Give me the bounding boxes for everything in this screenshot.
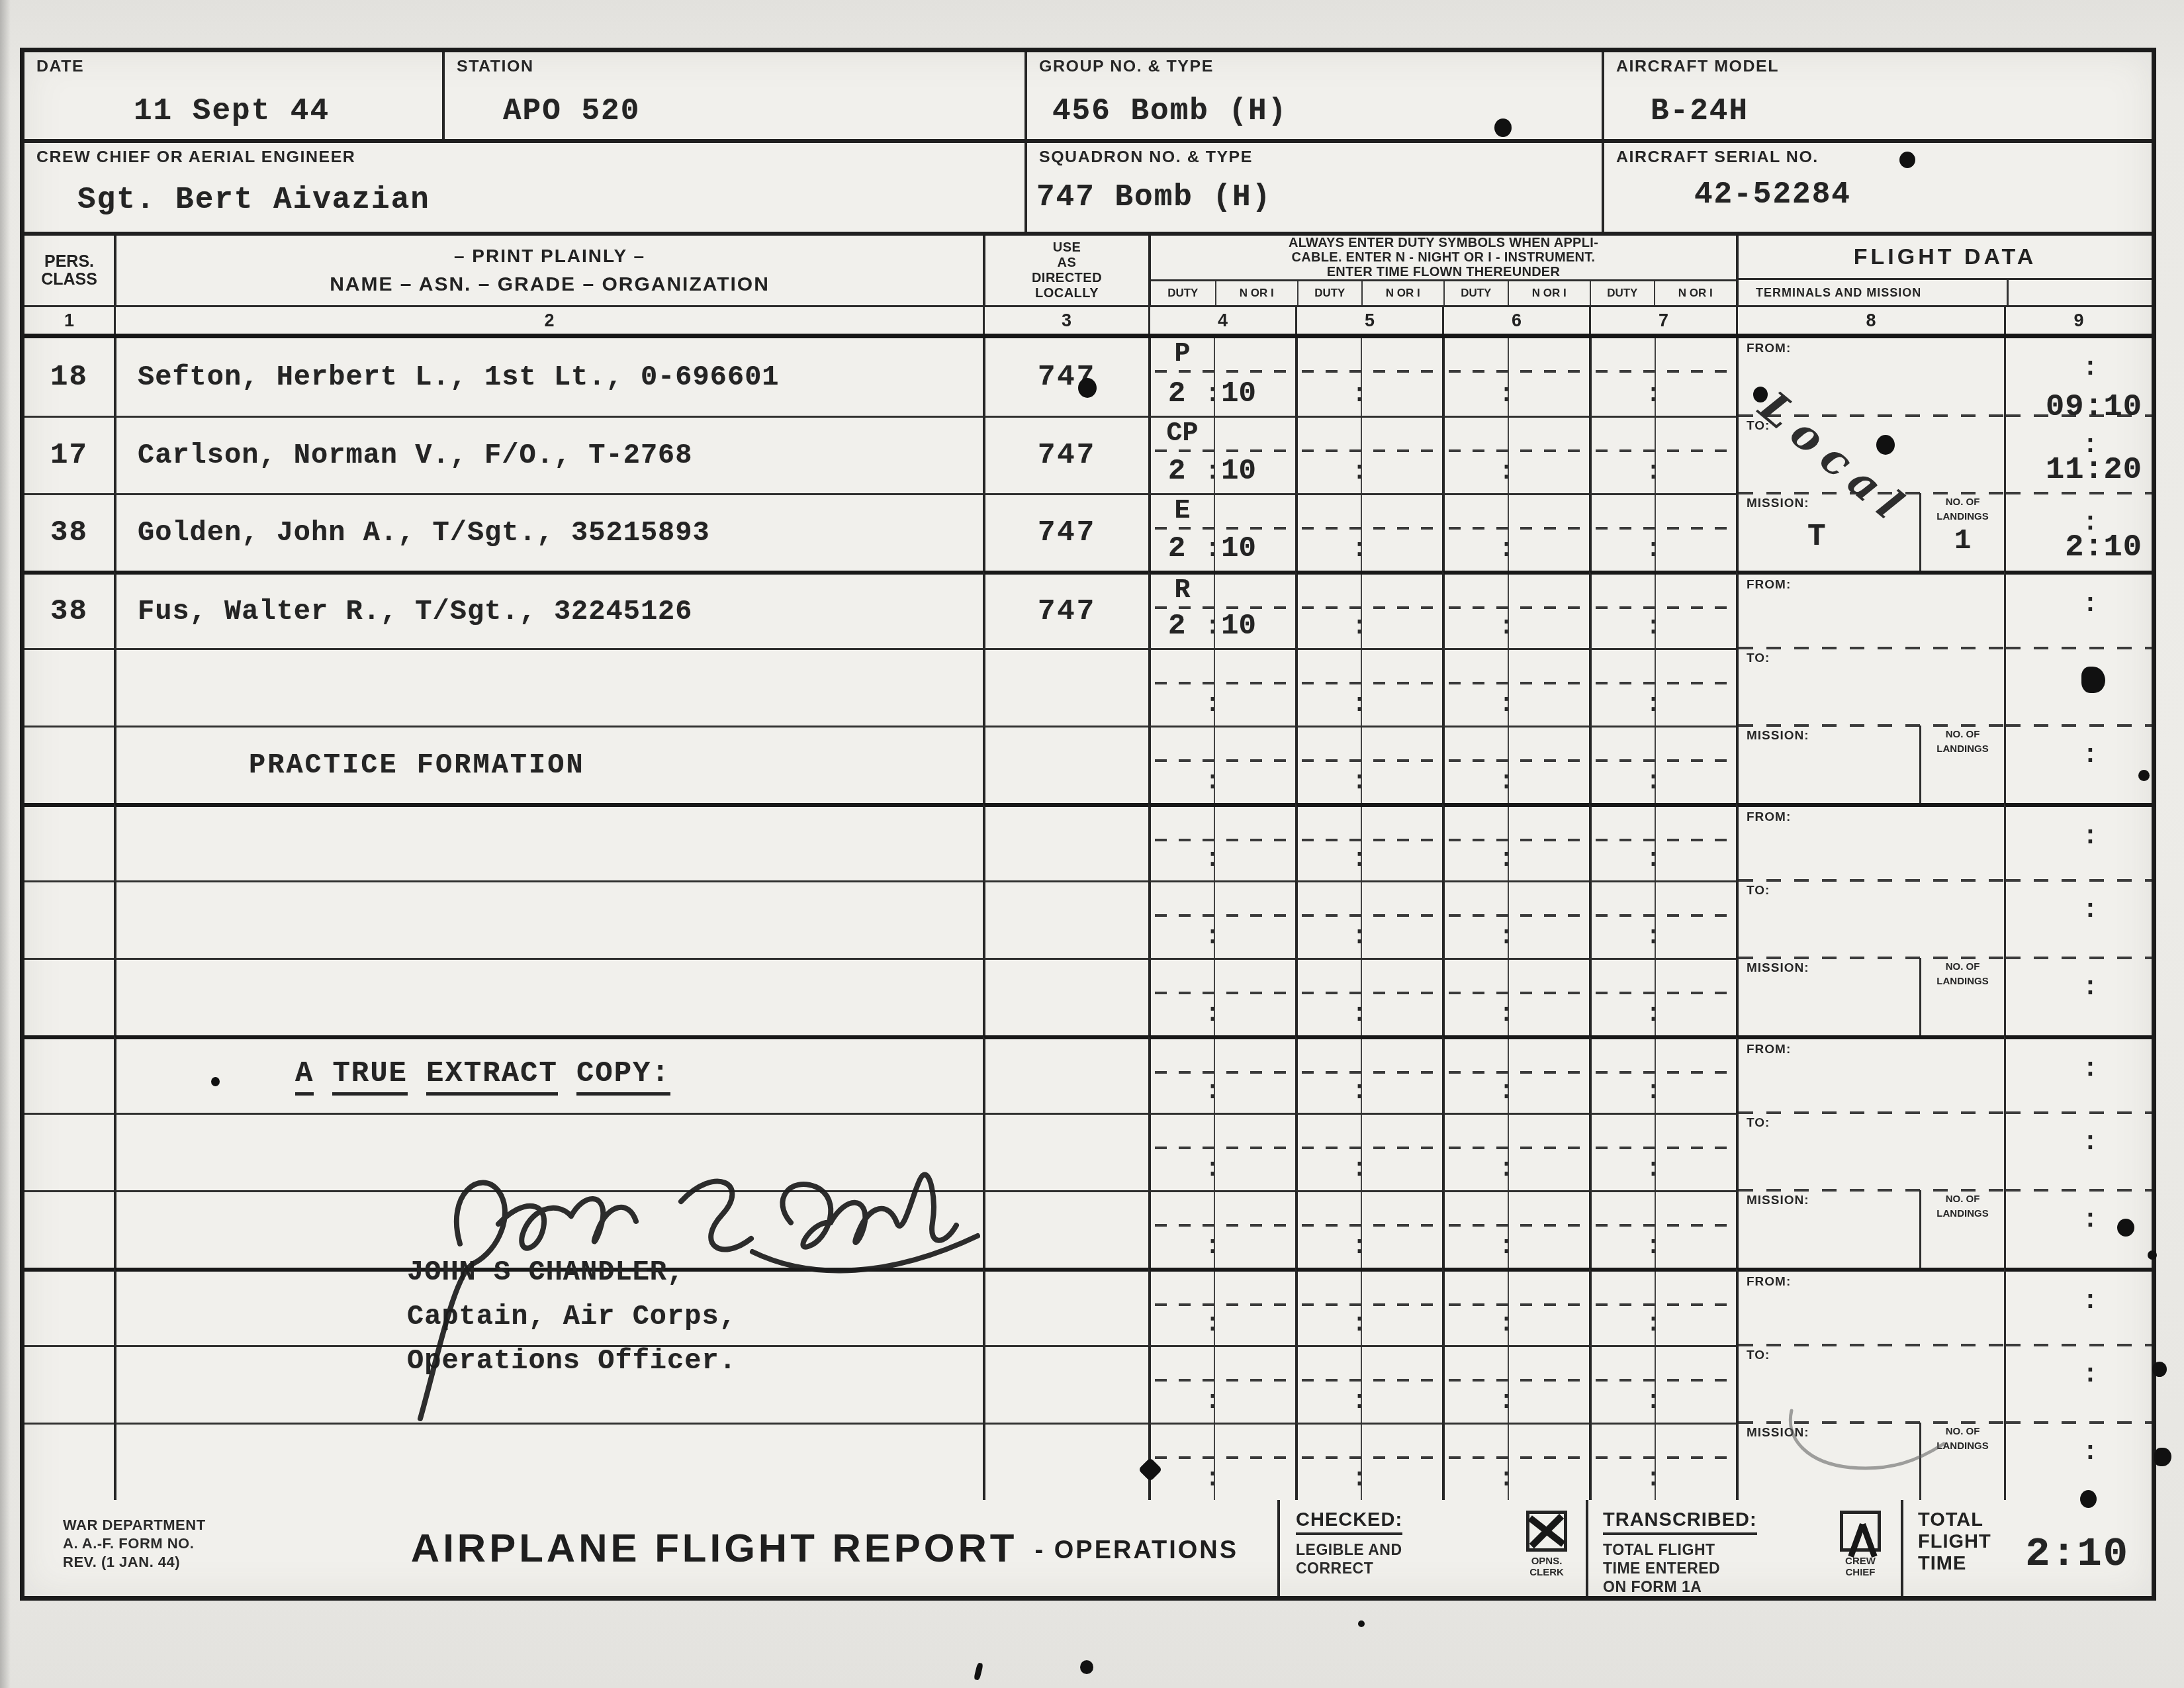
duty-symbol: E — [1151, 496, 1214, 526]
landings-label: LANDINGS — [1921, 1205, 2004, 1219]
ink-speck — [2138, 770, 2150, 781]
use-as-directed-cell — [983, 803, 1148, 880]
flight-time-cell: : — [2004, 648, 2152, 726]
flight-data-header: FLIGHT DATA TERMINALS AND MISSION — [1736, 236, 2152, 305]
duty-cell: : — [1295, 1113, 1442, 1190]
duty-time-dash — [1449, 527, 1585, 530]
pers-class-cell: 38 — [24, 493, 114, 571]
duty-cell: : — [1589, 726, 1736, 803]
duty-cell: : — [1295, 648, 1442, 726]
duty-cell: :R210 — [1148, 571, 1295, 648]
terminals-cell: MISSION:NO. OFLANDINGS — [1736, 726, 2004, 803]
pers-class-cell — [24, 726, 114, 803]
pers-class-cell — [24, 1035, 114, 1113]
time-colon: : — [1352, 1465, 1367, 1493]
flight-time-cell: : — [2004, 1113, 2152, 1190]
time-hours: 2 — [1168, 377, 1185, 410]
duty-time-dash — [1449, 370, 1585, 373]
terminal-label: MISSION: — [1747, 1194, 1809, 1208]
landings-label: NO. OF — [1921, 1190, 2004, 1205]
printed-colon: : — [2083, 741, 2098, 770]
duty-time-dash — [1596, 1456, 1732, 1459]
time-colon: : — [1205, 1233, 1220, 1261]
time-colon: : — [1499, 690, 1514, 719]
duty-time-dash — [1449, 992, 1585, 994]
ink-speck — [2152, 1362, 2167, 1377]
time-colon: : — [1646, 1465, 1661, 1493]
time-colon: : — [1499, 1233, 1514, 1261]
table-row: ::::TO:: — [24, 648, 2152, 726]
terminal-label: FROM: — [1747, 810, 1791, 825]
printed-colon: : — [2083, 1129, 2098, 1157]
time-colon: : — [1499, 536, 1514, 564]
duty-cell: : — [1148, 1190, 1295, 1268]
printed-colon: : — [2083, 354, 2098, 383]
dashed-separator — [1739, 647, 2004, 649]
name-cell: Golden, John A., T/Sgt., 35215893 — [114, 493, 983, 571]
terminal-label: MISSION: — [1747, 961, 1809, 976]
duty-time-dash — [1155, 914, 1291, 917]
header-row-2: CREW CHIEF OR AERIAL ENGINEER Sgt. Bert … — [24, 143, 2152, 236]
duty-subheaders: DUTYN OR IDUTYN OR IDUTYN OR IDUTYN OR I — [1151, 281, 1736, 305]
column-number: 6 — [1442, 307, 1589, 334]
flight-time-cell: :09:10 — [2004, 338, 2152, 416]
dashed-separator — [2006, 1111, 2152, 1114]
extract-copy-text: ATRUEEXTRACTCOPY: — [295, 1057, 689, 1096]
dashed-separator — [2006, 492, 2152, 494]
duty-time-dash — [1302, 839, 1438, 841]
flight-time-cell: : — [2004, 1423, 2152, 1500]
form-id-block: WAR DEPARTMENT A. A.-F. FORM NO. REV. (1… — [24, 1500, 372, 1596]
checked-label: CHECKED: — [1296, 1509, 1402, 1535]
use-as-directed-cell: 747 — [983, 493, 1148, 571]
duty-time-dash — [1302, 449, 1438, 452]
time-colon: : — [1205, 613, 1220, 641]
flight-time-cell: : — [2004, 1268, 2152, 1345]
duty-subheader: DUTY — [1443, 281, 1508, 305]
underlined-word: A — [295, 1057, 314, 1096]
time-colon: : — [1646, 1078, 1661, 1106]
column-number-strip: 123456789 — [24, 307, 2152, 338]
duty-cell: : — [1148, 1268, 1295, 1345]
printed-colon: : — [2083, 823, 2098, 851]
duty-time-dash — [1596, 682, 1732, 684]
time-colon: : — [1205, 1078, 1220, 1106]
time-hours: 2 — [1168, 610, 1185, 643]
ink-speck — [1078, 378, 1097, 398]
duty-cell: : — [1589, 648, 1736, 726]
form-title: AIRPLANE FLIGHT REPORT - OPERATIONS — [372, 1500, 1277, 1596]
station-field: STATION APO 520 — [442, 52, 1024, 139]
ink-speck — [1494, 118, 1512, 137]
duty-cell: : — [1295, 1345, 1442, 1423]
time-colon: : — [1205, 1465, 1220, 1493]
duty-cell: : — [1295, 338, 1442, 416]
duty-cell: : — [1589, 803, 1736, 880]
duty-time-dash — [1155, 449, 1291, 452]
duty-cell: : — [1589, 416, 1736, 493]
use-as-directed-cell — [983, 648, 1148, 726]
duty-cell: :E210 — [1148, 493, 1295, 571]
duty-cell: : — [1589, 338, 1736, 416]
form-title-suffix: - OPERATIONS — [1035, 1531, 1239, 1565]
time-colon: : — [1646, 690, 1661, 719]
printed-colon: : — [2083, 1055, 2098, 1084]
time-colon: : — [1352, 536, 1367, 564]
landings-label: NO. OF — [1921, 958, 2004, 972]
dashed-separator — [2006, 1344, 2152, 1346]
duty-cell: : — [1295, 416, 1442, 493]
crew-chief-value: Sgt. Bert Aivazian — [77, 183, 430, 217]
time-colon: : — [1646, 1310, 1661, 1338]
duty-cell: : — [1589, 1113, 1736, 1190]
duty-time-dash — [1302, 606, 1438, 609]
duty-cell: : — [1589, 1345, 1736, 1423]
time-colon: : — [1205, 458, 1220, 487]
column-number: 1 — [24, 307, 114, 334]
duty-cell: : — [1295, 958, 1442, 1035]
landings-box: NO. OFLANDINGS — [1919, 1190, 2004, 1268]
duty-time-dash — [1302, 682, 1438, 684]
terminal-label: MISSION: — [1747, 729, 1809, 743]
time-colon: : — [1205, 1155, 1220, 1184]
print-plainly-label: – PRINT PLAINLY – — [454, 246, 645, 267]
name-cell — [114, 1345, 983, 1423]
flight-time-cell: : — [2004, 571, 2152, 648]
group-field: GROUP NO. & TYPE 456 Bomb (H) — [1024, 52, 1602, 139]
duty-cell: : — [1295, 726, 1442, 803]
duty-cell: : — [1442, 1268, 1589, 1345]
landings-value: 1 — [1921, 525, 2004, 557]
terminal-label: FROM: — [1747, 342, 1791, 356]
duty-time-dash — [1449, 1147, 1585, 1149]
pers-class-cell — [24, 958, 114, 1035]
date-field: DATE 11 Sept 44 — [24, 52, 442, 139]
time-colon: : — [1499, 845, 1514, 874]
name-cell: ATRUEEXTRACTCOPY: — [114, 1035, 983, 1113]
time-colon: : — [1352, 458, 1367, 487]
use-as-directed-cell — [983, 880, 1148, 958]
use-as-directed-cell — [983, 1268, 1148, 1345]
header-row-1: DATE 11 Sept 44 STATION APO 520 GROUP NO… — [24, 52, 2152, 143]
table-row: 38Fus, Walter R., T/Sgt., 32245126747:R2… — [24, 571, 2152, 648]
time-colon: : — [1352, 1078, 1367, 1106]
duty-cell: : — [1589, 880, 1736, 958]
airplane-flight-report-form: DATE 11 Sept 44 STATION APO 520 GROUP NO… — [20, 48, 2156, 1601]
duty-time-dash — [1596, 449, 1732, 452]
pers-class-cell — [24, 1345, 114, 1423]
pers-class-cell — [24, 1113, 114, 1190]
terminals-cell: TO: — [1736, 880, 2004, 958]
table-row: ::::FROM:: — [24, 1268, 2152, 1345]
dashed-separator — [2006, 879, 2152, 882]
ink-speck — [1876, 435, 1895, 455]
landings-box: NO. OFLANDINGS — [1919, 726, 2004, 803]
table-column-headers: PERS. CLASS – PRINT PLAINLY – NAME – ASN… — [24, 236, 2152, 307]
name-asn-grade-label: NAME – ASN. – GRADE – ORGANIZATION — [330, 273, 770, 296]
duty-cell: : — [1148, 958, 1295, 1035]
time-minutes: 10 — [1221, 532, 1256, 565]
use-as-directed-cell — [983, 1035, 1148, 1113]
table-row: PRACTICE FORMATION::::MISSION:NO. OFLAND… — [24, 726, 2152, 803]
aircraft-model-field: AIRCRAFT MODEL B-24H — [1602, 52, 2152, 139]
flight-time-cell: : — [2004, 880, 2152, 958]
pen-squiggle — [1745, 1403, 1957, 1489]
printed-colon: : — [2083, 1206, 2098, 1235]
name-cell — [114, 648, 983, 726]
terminal-label: FROM: — [1747, 1043, 1791, 1057]
flight-time-cell: : — [2004, 726, 2152, 803]
pers-class-cell — [24, 803, 114, 880]
duty-time-dash — [1596, 1224, 1732, 1227]
terminals-and-mission-label: TERMINALS AND MISSION — [1739, 280, 2007, 305]
duty-time-dash — [1596, 370, 1732, 373]
duty-time-dash — [1596, 527, 1732, 530]
opns-clerk-checkbox-label: OPNS. CLERK — [1510, 1556, 1583, 1578]
flight-time-cell: : — [2004, 803, 2152, 880]
landings-label: LANDINGS — [1921, 972, 2004, 987]
printed-colon: : — [2083, 1361, 2098, 1389]
duty-cell: : — [1442, 1190, 1589, 1268]
name-cell — [114, 1423, 983, 1500]
duty-cell: : — [1589, 958, 1736, 1035]
flight-time-value: 2:10 — [2065, 530, 2142, 565]
duty-cell: : — [1442, 648, 1589, 726]
flight-time-cell: : — [2004, 1345, 2152, 1423]
duty-symbol: CP — [1151, 419, 1214, 449]
terminals-cell: FROM: — [1736, 1035, 2004, 1113]
form-title-main: AIRPLANE FLIGHT REPORT — [411, 1525, 1018, 1571]
use-as-directed-cell: 747 — [983, 338, 1148, 416]
duty-cell: :P210 — [1148, 338, 1295, 416]
time-colon: : — [1352, 1155, 1367, 1184]
name-cell — [114, 803, 983, 880]
terminal-label: FROM: — [1747, 1275, 1791, 1289]
duty-time-dash — [1302, 1224, 1438, 1227]
duty-cell: : — [1148, 1035, 1295, 1113]
duty-subheader: DUTY — [1151, 281, 1215, 305]
duty-subheader: DUTY — [1297, 281, 1361, 305]
use-as-directed-cell — [983, 726, 1148, 803]
ink-blot — [2081, 667, 2105, 693]
column-number: 8 — [1736, 307, 2004, 334]
use-as-directed-cell — [983, 1423, 1148, 1500]
time-colon: : — [1205, 690, 1220, 719]
terminal-label: TO: — [1747, 884, 1770, 898]
flight-data-label: FLIGHT DATA — [1739, 236, 2152, 280]
underlined-word: EXTRACT — [426, 1057, 558, 1096]
flight-time-value: 11:20 — [2046, 453, 2142, 488]
flight-time-cell: :11:20 — [2004, 416, 2152, 493]
dashed-separator — [2006, 957, 2152, 959]
total-flight-time-block: TOTAL FLIGHT TIME 2:10 — [1901, 1500, 2152, 1596]
n-or-i-subheader: N OR I — [1654, 281, 1736, 305]
duty-cell: : — [1295, 1190, 1442, 1268]
column-number: 2 — [114, 307, 983, 334]
time-colon: : — [1352, 923, 1367, 951]
name-cell: Fus, Walter R., T/Sgt., 32245126 — [114, 571, 983, 648]
duty-time-dash — [1596, 1071, 1732, 1074]
duty-time-dash — [1449, 839, 1585, 841]
pers-class-cell: 38 — [24, 571, 114, 648]
duty-time-dash — [1596, 839, 1732, 841]
printed-colon: : — [2083, 590, 2098, 619]
time-colon: : — [1205, 1310, 1220, 1338]
duty-cell: : — [1442, 571, 1589, 648]
time-colon: : — [1499, 1155, 1514, 1184]
duty-time-dash — [1155, 527, 1291, 530]
duty-cell: : — [1589, 493, 1736, 571]
pers-class-cell — [24, 880, 114, 958]
duty-time-dash — [1449, 449, 1585, 452]
underlined-word: COPY: — [576, 1057, 670, 1096]
time-colon: : — [1499, 1078, 1514, 1106]
ink-speck — [2148, 1250, 2157, 1260]
duty-symbol: R — [1151, 576, 1214, 606]
use-as-directed-cell — [983, 1190, 1148, 1268]
checked-block: CHECKED: LEGIBLE AND CORRECT OPNS. CLERK — [1277, 1500, 1586, 1596]
duty-cell: : — [1295, 880, 1442, 958]
duty-cell: : — [1148, 880, 1295, 958]
duty-cell: : — [1589, 571, 1736, 648]
transcribed-block: TRANSCRIBED: TOTAL FLIGHT TIME ENTERED O… — [1586, 1500, 1901, 1596]
ink-speck — [1753, 387, 1768, 402]
column-number: 3 — [983, 307, 1148, 334]
time-colon: : — [1352, 381, 1367, 409]
duty-cell: : — [1148, 1423, 1295, 1500]
time-colon: : — [1499, 1465, 1514, 1493]
duty-cell: : — [1442, 726, 1589, 803]
terminals-cell: FROM: — [1736, 803, 2004, 880]
landings-label: NO. OF — [1921, 726, 2004, 740]
duty-cell: : — [1442, 416, 1589, 493]
time-colon: : — [1499, 1000, 1514, 1029]
flight-time-cell: : — [2004, 1035, 2152, 1113]
ink-speck — [211, 1077, 220, 1086]
time-colon: : — [1352, 1310, 1367, 1338]
pers-class-cell — [24, 1190, 114, 1268]
squadron-label: SQUADRON NO. & TYPE — [1039, 148, 1602, 167]
time-colon: : — [1646, 1233, 1661, 1261]
n-or-i-subheader: N OR I — [1215, 281, 1297, 305]
time-minutes: 10 — [1221, 455, 1256, 488]
use-as-directed-cell — [983, 1345, 1148, 1423]
time-colon: : — [1205, 923, 1220, 951]
duty-time-dash — [1596, 914, 1732, 917]
duty-time-dash — [1449, 1379, 1585, 1382]
ink-speck — [974, 1662, 983, 1680]
date-value: 11 Sept 44 — [134, 94, 330, 128]
use-as-directed-cell — [983, 958, 1148, 1035]
ink-speck — [1899, 152, 1915, 168]
duty-cell: : — [1442, 1423, 1589, 1500]
duty-time-dash — [1155, 1456, 1291, 1459]
time-colon: : — [1646, 1000, 1661, 1029]
duty-cell: : — [1295, 1035, 1442, 1113]
landings-label: LANDINGS — [1921, 740, 2004, 755]
landings-label: NO. OF — [1921, 493, 2004, 508]
pers-class-line1: PERS. — [44, 253, 94, 271]
time-colon: : — [1205, 768, 1220, 796]
table-row: ATRUEEXTRACTCOPY:::::FROM:: — [24, 1035, 2152, 1113]
time-colon: : — [1646, 381, 1661, 409]
duty-time-dash — [1302, 1147, 1438, 1149]
duty-time-dash — [1155, 1224, 1291, 1227]
duty-time-dash — [1302, 370, 1438, 373]
mission-value: T — [1807, 520, 1826, 554]
time-colon: : — [1205, 1387, 1220, 1416]
duty-time-dash — [1302, 1456, 1438, 1459]
underlined-word: TRUE — [332, 1057, 408, 1096]
time-colon: : — [1646, 458, 1661, 487]
use-as-directed-cell: 747 — [983, 571, 1148, 648]
name-cell — [114, 1190, 983, 1268]
pers-class-line2: CLASS — [41, 271, 97, 289]
duty-cell: : — [1442, 958, 1589, 1035]
duty-cell: : — [1295, 803, 1442, 880]
name-cell — [114, 1268, 983, 1345]
n-or-i-subheader: N OR I — [1508, 281, 1590, 305]
duty-cell: : — [1442, 493, 1589, 571]
duty-time-dash — [1155, 370, 1291, 373]
squadron-field: SQUADRON NO. & TYPE 747 Bomb (H) — [1024, 143, 1602, 232]
scanned-page-background: DATE 11 Sept 44 STATION APO 520 GROUP NO… — [0, 0, 2184, 1688]
use-as-directed-cell: 747 — [983, 416, 1148, 493]
duty-cell: : — [1148, 726, 1295, 803]
duty-time-dash — [1596, 759, 1732, 762]
duty-cell: : — [1148, 1345, 1295, 1423]
pers-class-cell — [24, 1423, 114, 1500]
flight-time-value: 09:10 — [2046, 390, 2142, 425]
column-number: 7 — [1589, 307, 1736, 334]
duty-time-dash — [1449, 1224, 1585, 1227]
duty-cell: : — [1148, 1113, 1295, 1190]
time-colon: : — [1352, 1233, 1367, 1261]
duty-cell: : — [1589, 1035, 1736, 1113]
time-colon: : — [1646, 1387, 1661, 1416]
duty-cell: : — [1442, 880, 1589, 958]
time-colon: : — [1352, 690, 1367, 719]
duty-cell: : — [1295, 571, 1442, 648]
flight-time-cell: :2:10 — [2004, 493, 2152, 571]
serial-field: AIRCRAFT SERIAL NO. 42-52284 — [1602, 143, 2152, 232]
time-colon: : — [1352, 845, 1367, 874]
n-or-i-subheader: N OR I — [1361, 281, 1443, 305]
printed-colon: : — [2083, 1288, 2098, 1316]
time-colon: : — [1646, 613, 1661, 641]
duty-cell: : — [1589, 1423, 1736, 1500]
duty-cell: : — [1442, 803, 1589, 880]
duty-time-dash — [1596, 1379, 1732, 1382]
time-colon: : — [1205, 381, 1220, 409]
duty-time-dash — [1302, 992, 1438, 994]
duty-note: ALWAYS ENTER DUTY SYMBOLS WHEN APPLI- CA… — [1151, 236, 1736, 281]
ink-speck — [1358, 1620, 1365, 1627]
pers-class-cell — [24, 648, 114, 726]
aircraft-model-value: B-24H — [1651, 94, 1749, 128]
squadron-value: 747 Bomb (H) — [1036, 180, 1271, 214]
duty-time-dash — [1155, 1379, 1291, 1382]
ink-speck — [1080, 1660, 1093, 1674]
name-cell — [114, 958, 983, 1035]
ink-speck — [2117, 1219, 2134, 1237]
duty-cell: : — [1295, 493, 1442, 571]
time-hours: 2 — [1168, 455, 1185, 488]
dashed-separator — [1739, 879, 2004, 882]
duty-time-dash — [1302, 1379, 1438, 1382]
name-cell — [114, 880, 983, 958]
time-colon: : — [1352, 1000, 1367, 1029]
